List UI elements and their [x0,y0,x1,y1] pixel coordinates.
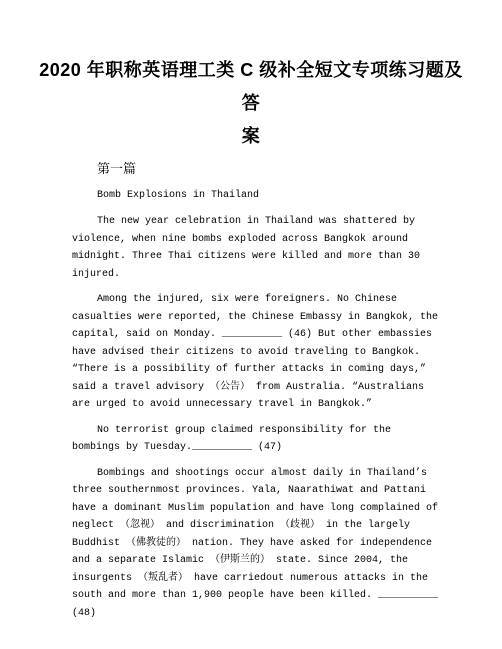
paragraph-terrorist-blank-47: No terrorist group claimed responsibilit… [72,422,454,457]
section-label: 第一篇 [72,161,454,179]
paragraph-intro: The new year celebration in Thailand was… [72,213,454,283]
paragraph-casualties-blank-46: Among the injured, six were foreigners. … [72,291,454,414]
document-page: 2020 年职称英语理工类 C 级补全短文专项练习题及答 案 第一篇 Bomb … [0,0,502,649]
paragraph-provinces-blank-48: Bombings and shootings occur almost dail… [72,465,454,623]
document-body: 第一篇 Bomb Explosions in Thailand The new … [72,161,454,622]
passage-title: Bomb Explosions in Thailand [72,187,454,205]
document-title: 2020 年职称英语理工类 C 级补全短文专项练习题及答 案 [0,0,502,153]
